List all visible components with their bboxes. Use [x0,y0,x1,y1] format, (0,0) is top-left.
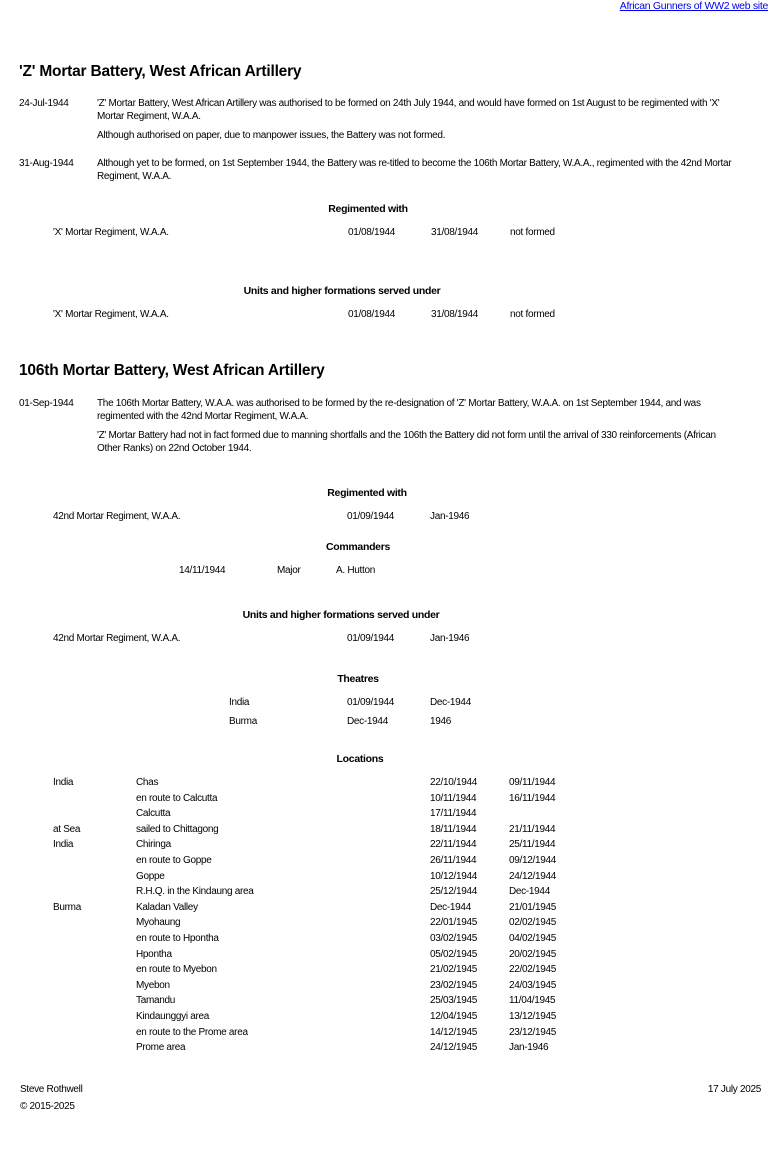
location-place: sailed to Chittagong [136,824,218,835]
location-country: India [53,839,73,850]
location-place: en route to Myebon [136,964,217,975]
location-to: 09/11/1944 [509,777,555,788]
location-from: 14/12/1945 [430,1027,477,1038]
commander-name: A. Hutton [336,565,375,576]
location-from: 22/11/1944 [430,839,476,850]
location-to: 11/04/1945 [509,995,555,1006]
date-to: Jan-1946 [430,511,469,522]
site-home-link[interactable]: African Gunners of WW2 web site [620,0,768,12]
location-place: Calcutta [136,808,170,819]
date-to: 31/08/1944 [431,227,478,238]
location-to: 20/02/1945 [509,949,556,960]
location-place: R.H.Q. in the Kindaung area [136,886,254,897]
section-heading-regimented-with: Regimented with [328,203,408,215]
theatre-name: Burma [229,716,257,727]
location-to: 16/11/1944 [509,793,555,804]
theatre-name: India [229,697,249,708]
location-to: 09/12/1944 [509,855,556,866]
section-heading-theatres: Theatres [337,673,378,685]
section-heading-served-under: Units and higher formations served under [243,609,440,621]
date-to: Dec-1944 [430,697,471,708]
location-to: 24/12/1944 [509,871,556,882]
location-place: Chas [136,777,158,788]
location-to: 04/02/1945 [509,933,556,944]
unit-name: 'X' Mortar Regiment, W.A.A. [53,309,169,320]
location-to: 13/12/1945 [509,1011,556,1022]
event-text: Although authorised on paper, due to man… [97,130,737,143]
unit-name: 42nd Mortar Regiment, W.A.A. [53,633,180,644]
section-heading-served-under: Units and higher formations served under [244,285,441,297]
location-country: at Sea [53,824,80,835]
date-from: Dec-1944 [347,716,388,727]
location-from: Dec-1944 [430,902,471,913]
location-from: 18/11/1944 [430,824,476,835]
unit-name: 'X' Mortar Regiment, W.A.A. [53,227,169,238]
location-country: India [53,777,73,788]
location-to: Dec-1944 [509,886,550,897]
location-from: 10/12/1944 [430,871,477,882]
location-from: 26/11/1944 [430,855,476,866]
event-date: 24-Jul-1944 [19,98,69,109]
location-place: Myohaung [136,917,180,928]
location-to: 22/02/1945 [509,964,556,975]
location-from: 21/02/1945 [430,964,477,975]
location-country: Burma [53,902,81,913]
location-place: en route to Goppe [136,855,212,866]
location-to: 21/01/1945 [509,902,556,913]
location-from: 03/02/1945 [430,933,477,944]
location-from: 25/03/1945 [430,995,477,1006]
location-place: Goppe [136,871,165,882]
unit1-title: 'Z' Mortar Battery, West African Artille… [19,63,301,81]
date-from: 01/09/1944 [347,697,394,708]
location-place: Prome area [136,1042,185,1053]
location-from: 25/12/1944 [430,886,477,897]
event-text: Although yet to be formed, on 1st Septem… [97,158,737,183]
location-place: Myebon [136,980,170,991]
event-date: 01-Sep-1944 [19,398,74,409]
date-from: 01/08/1944 [348,309,395,320]
section-heading-locations: Locations [337,753,384,765]
location-to: 25/11/1944 [509,839,555,850]
unit-name: 42nd Mortar Regiment, W.A.A. [53,511,180,522]
location-from: 17/11/1944 [430,808,476,819]
event-text: The 106th Mortar Battery, W.A.A. was aut… [97,398,737,423]
location-to: Jan-1946 [509,1042,548,1053]
note: not formed [510,309,555,320]
date-to: Jan-1946 [430,633,469,644]
footer-date: 17 July 2025 [708,1084,761,1095]
location-place: Tamandu [136,995,175,1006]
event-date: 31-Aug-1944 [19,158,74,169]
commander-date: 14/11/1944 [179,565,225,576]
location-from: 10/11/1944 [430,793,476,804]
section-heading-regimented-with: Regimented with [327,487,407,499]
location-place: en route to the Prome area [136,1027,248,1038]
footer-author: Steve Rothwell [20,1084,83,1095]
commander-rank: Major [277,565,301,576]
location-place: Hpontha [136,949,172,960]
date-to: 1946 [430,716,451,727]
location-from: 22/01/1945 [430,917,477,928]
event-text: 'Z' Mortar Battery, West African Artille… [97,98,737,123]
location-to: 21/11/1944 [509,824,555,835]
location-to: 23/12/1945 [509,1027,556,1038]
event-text: 'Z' Mortar Battery had not in fact forme… [97,430,737,455]
location-place: Kindaunggyi area [136,1011,209,1022]
location-from: 22/10/1944 [430,777,477,788]
note: not formed [510,227,555,238]
section-heading-commanders: Commanders [326,541,390,553]
location-place: en route to Calcutta [136,793,217,804]
location-to: 02/02/1945 [509,917,556,928]
location-from: 24/12/1945 [430,1042,477,1053]
date-from: 01/09/1944 [347,633,394,644]
footer-copyright: © 2015-2025 [20,1101,75,1112]
date-to: 31/08/1944 [431,309,478,320]
location-place: Kaladan Valley [136,902,198,913]
date-from: 01/09/1944 [347,511,394,522]
location-from: 23/02/1945 [430,980,477,991]
date-from: 01/08/1944 [348,227,395,238]
location-place: Chiringa [136,839,171,850]
location-from: 12/04/1945 [430,1011,477,1022]
unit2-title: 106th Mortar Battery, West African Artil… [19,362,325,380]
location-place: en route to Hpontha [136,933,219,944]
location-from: 05/02/1945 [430,949,477,960]
location-to: 24/03/1945 [509,980,556,991]
